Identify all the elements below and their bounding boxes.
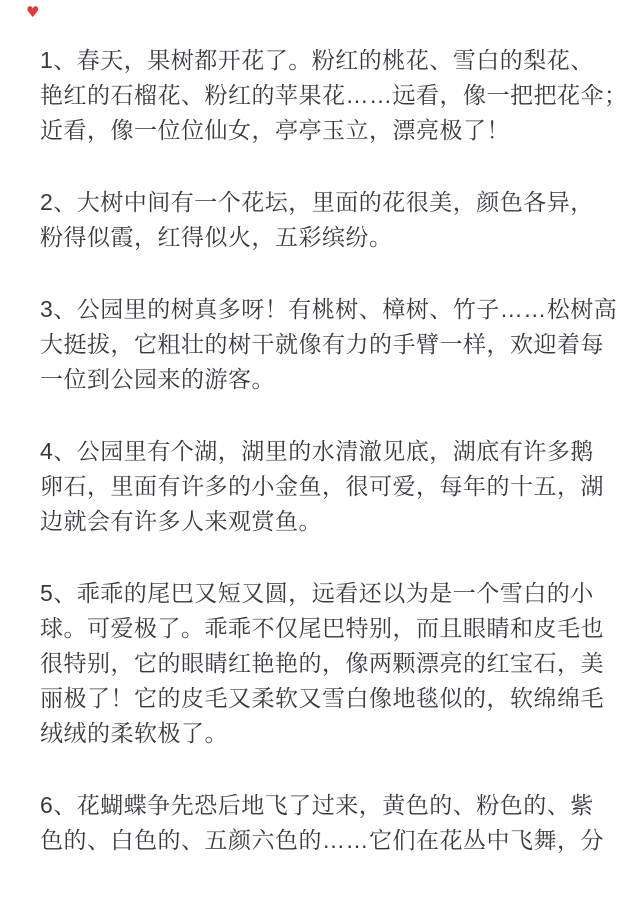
text-line: 很特别，它的眼睛红艳艳的，像两颗漂亮的红宝石，美	[40, 646, 602, 681]
text-line: 1、春天，果树都开花了。粉红的桃花、雪白的梨花、	[40, 43, 602, 78]
text-line: 边就会有许多人来观赏鱼。	[40, 504, 602, 539]
text-line: 丽极了！它的皮毛又柔软又雪白像地毯似的，软绵绵毛	[40, 681, 602, 716]
text-line: 艳红的石榴花、粉红的苹果花……远看，像一把把花伞；	[40, 78, 602, 113]
heart-icon: ♥	[26, 5, 39, 20]
text-line: 5、乖乖的尾巴又短又圆，远看还以为是一个雪白的小	[40, 576, 602, 611]
text-line: 4、公园里有个湖，湖里的水清澈见底，湖底有许多鹅	[40, 434, 602, 469]
paragraph-2: 2、大树中间有一个花坛，里面的花很美，颜色各异，粉得似霞，红得似火，五彩缤纷。	[40, 185, 602, 255]
text-line: 绒绒的柔软极了。	[40, 716, 602, 751]
text-line: 球。可爱极了。乖乖不仅尾巴特别，而且眼睛和皮毛也	[40, 611, 602, 646]
document-page: ♥ 1、春天，果树都开花了。粉红的桃花、雪白的梨花、艳红的石榴花、粉红的苹果花……	[0, 0, 640, 905]
text-line: 2、大树中间有一个花坛，里面的花很美，颜色各异，	[40, 185, 602, 220]
text-line: 粉得似霞，红得似火，五彩缤纷。	[40, 220, 602, 255]
paragraph-3: 3、公园里的树真多呀！有桃树、樟树、竹子……松树高大挺拔，它粗壮的树干就像有力的…	[40, 292, 602, 397]
text-line: 3、公园里的树真多呀！有桃树、樟树、竹子……松树高	[40, 292, 602, 327]
text-line: 一位到公园来的游客。	[40, 362, 602, 397]
text-line: 6、花蝴蝶争先恐后地飞了过来，黄色的、粉色的、紫	[40, 788, 602, 823]
text-line: 大挺拔，它粗壮的树干就像有力的手臂一样，欢迎着每	[40, 327, 602, 362]
paragraph-5: 5、乖乖的尾巴又短又圆，远看还以为是一个雪白的小球。可爱极了。乖乖不仅尾巴特别，…	[40, 576, 602, 751]
paragraph-4: 4、公园里有个湖，湖里的水清澈见底，湖底有许多鹅卵石，里面有许多的小金鱼，很可爱…	[40, 434, 602, 539]
paragraph-1: 1、春天，果树都开花了。粉红的桃花、雪白的梨花、艳红的石榴花、粉红的苹果花……远…	[40, 43, 602, 148]
paragraph-list: 1、春天，果树都开花了。粉红的桃花、雪白的梨花、艳红的石榴花、粉红的苹果花……远…	[40, 43, 602, 858]
text-line: 近看，像一位位仙女，亭亭玉立，漂亮极了！	[40, 113, 602, 148]
text-line: 色的、白色的、五颜六色的……它们在花丛中飞舞，分	[40, 823, 602, 858]
paragraph-6: 6、花蝴蝶争先恐后地飞了过来，黄色的、粉色的、紫色的、白色的、五颜六色的……它们…	[40, 788, 602, 858]
text-line: 卵石，里面有许多的小金鱼，很可爱，每年的十五，湖	[40, 469, 602, 504]
